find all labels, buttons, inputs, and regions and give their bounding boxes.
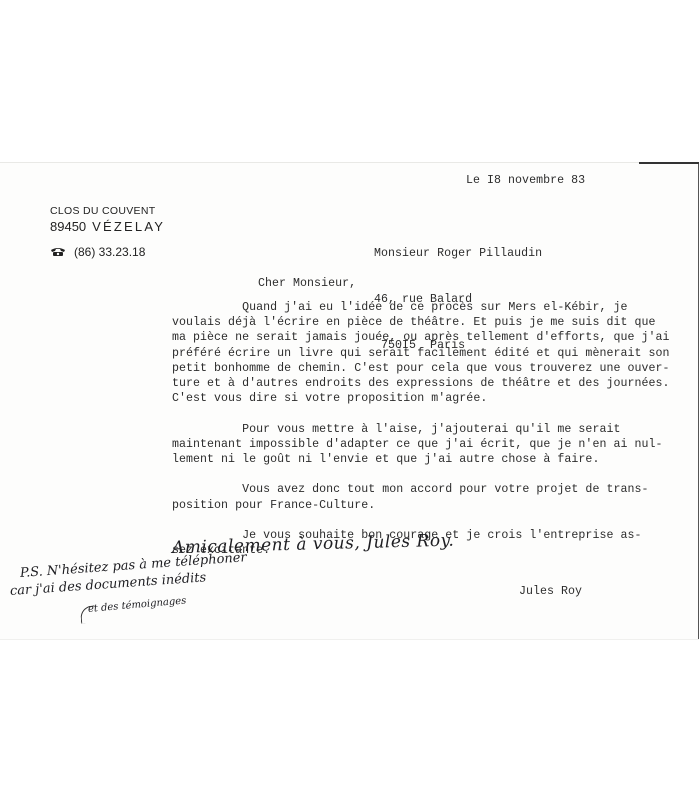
body-line: Pour vous mettre à l'aise, j'ajouterai q… <box>172 422 670 437</box>
letterhead-city: VÉZELAY <box>92 219 165 234</box>
letter-body: Quand j'ai eu l'idée de ce procès sur Me… <box>172 300 670 558</box>
body-line: maintenant impossible d'adapter ce que j… <box>172 437 670 452</box>
body-line: position pour France-Culture. <box>172 498 670 513</box>
letterhead-address: CLOS DU COUVENT <box>50 204 165 218</box>
body-line: Vous avez donc tout mon accord pour votr… <box>172 482 670 497</box>
body-line: ture et à d'autres endroits des expressi… <box>172 376 670 391</box>
body-line: C'est vous dire si votre proposition m'a… <box>172 391 670 406</box>
body-line: voulais déjà l'écrire en pièce de théâtr… <box>172 315 670 330</box>
body-line <box>172 467 670 482</box>
letterhead-city-line: 89450VÉZELAY <box>50 218 165 235</box>
typed-signature: Jules Roy <box>519 584 582 599</box>
letterhead-phone: (86) 33.23.18 <box>50 245 165 259</box>
letterhead-phone-number: (86) 33.23.18 <box>74 245 145 259</box>
body-line: ma pièce ne serait jamais jouée, ou aprè… <box>172 330 670 345</box>
body-line <box>172 513 670 528</box>
letter-date: Le I8 novembre 83 <box>466 173 585 188</box>
telephone-icon <box>50 247 66 257</box>
body-line: préféré écrire un livre qui serait facil… <box>172 346 670 361</box>
body-line: petit bonhomme de chemin. C'est pour cel… <box>172 361 670 376</box>
recipient-name: Monsieur Roger Pillaudin <box>374 246 542 261</box>
body-line: Quand j'ai eu l'idée de ce procès sur Me… <box>172 300 670 315</box>
body-line <box>172 406 670 421</box>
letterhead: CLOS DU COUVENT 89450VÉZELAY (86) 33.23.… <box>50 204 165 259</box>
salutation: Cher Monsieur, <box>258 276 356 291</box>
body-line: lement ni le goût ni l'envie et que j'ai… <box>172 452 670 467</box>
letterhead-postcode: 89450 <box>50 219 86 234</box>
